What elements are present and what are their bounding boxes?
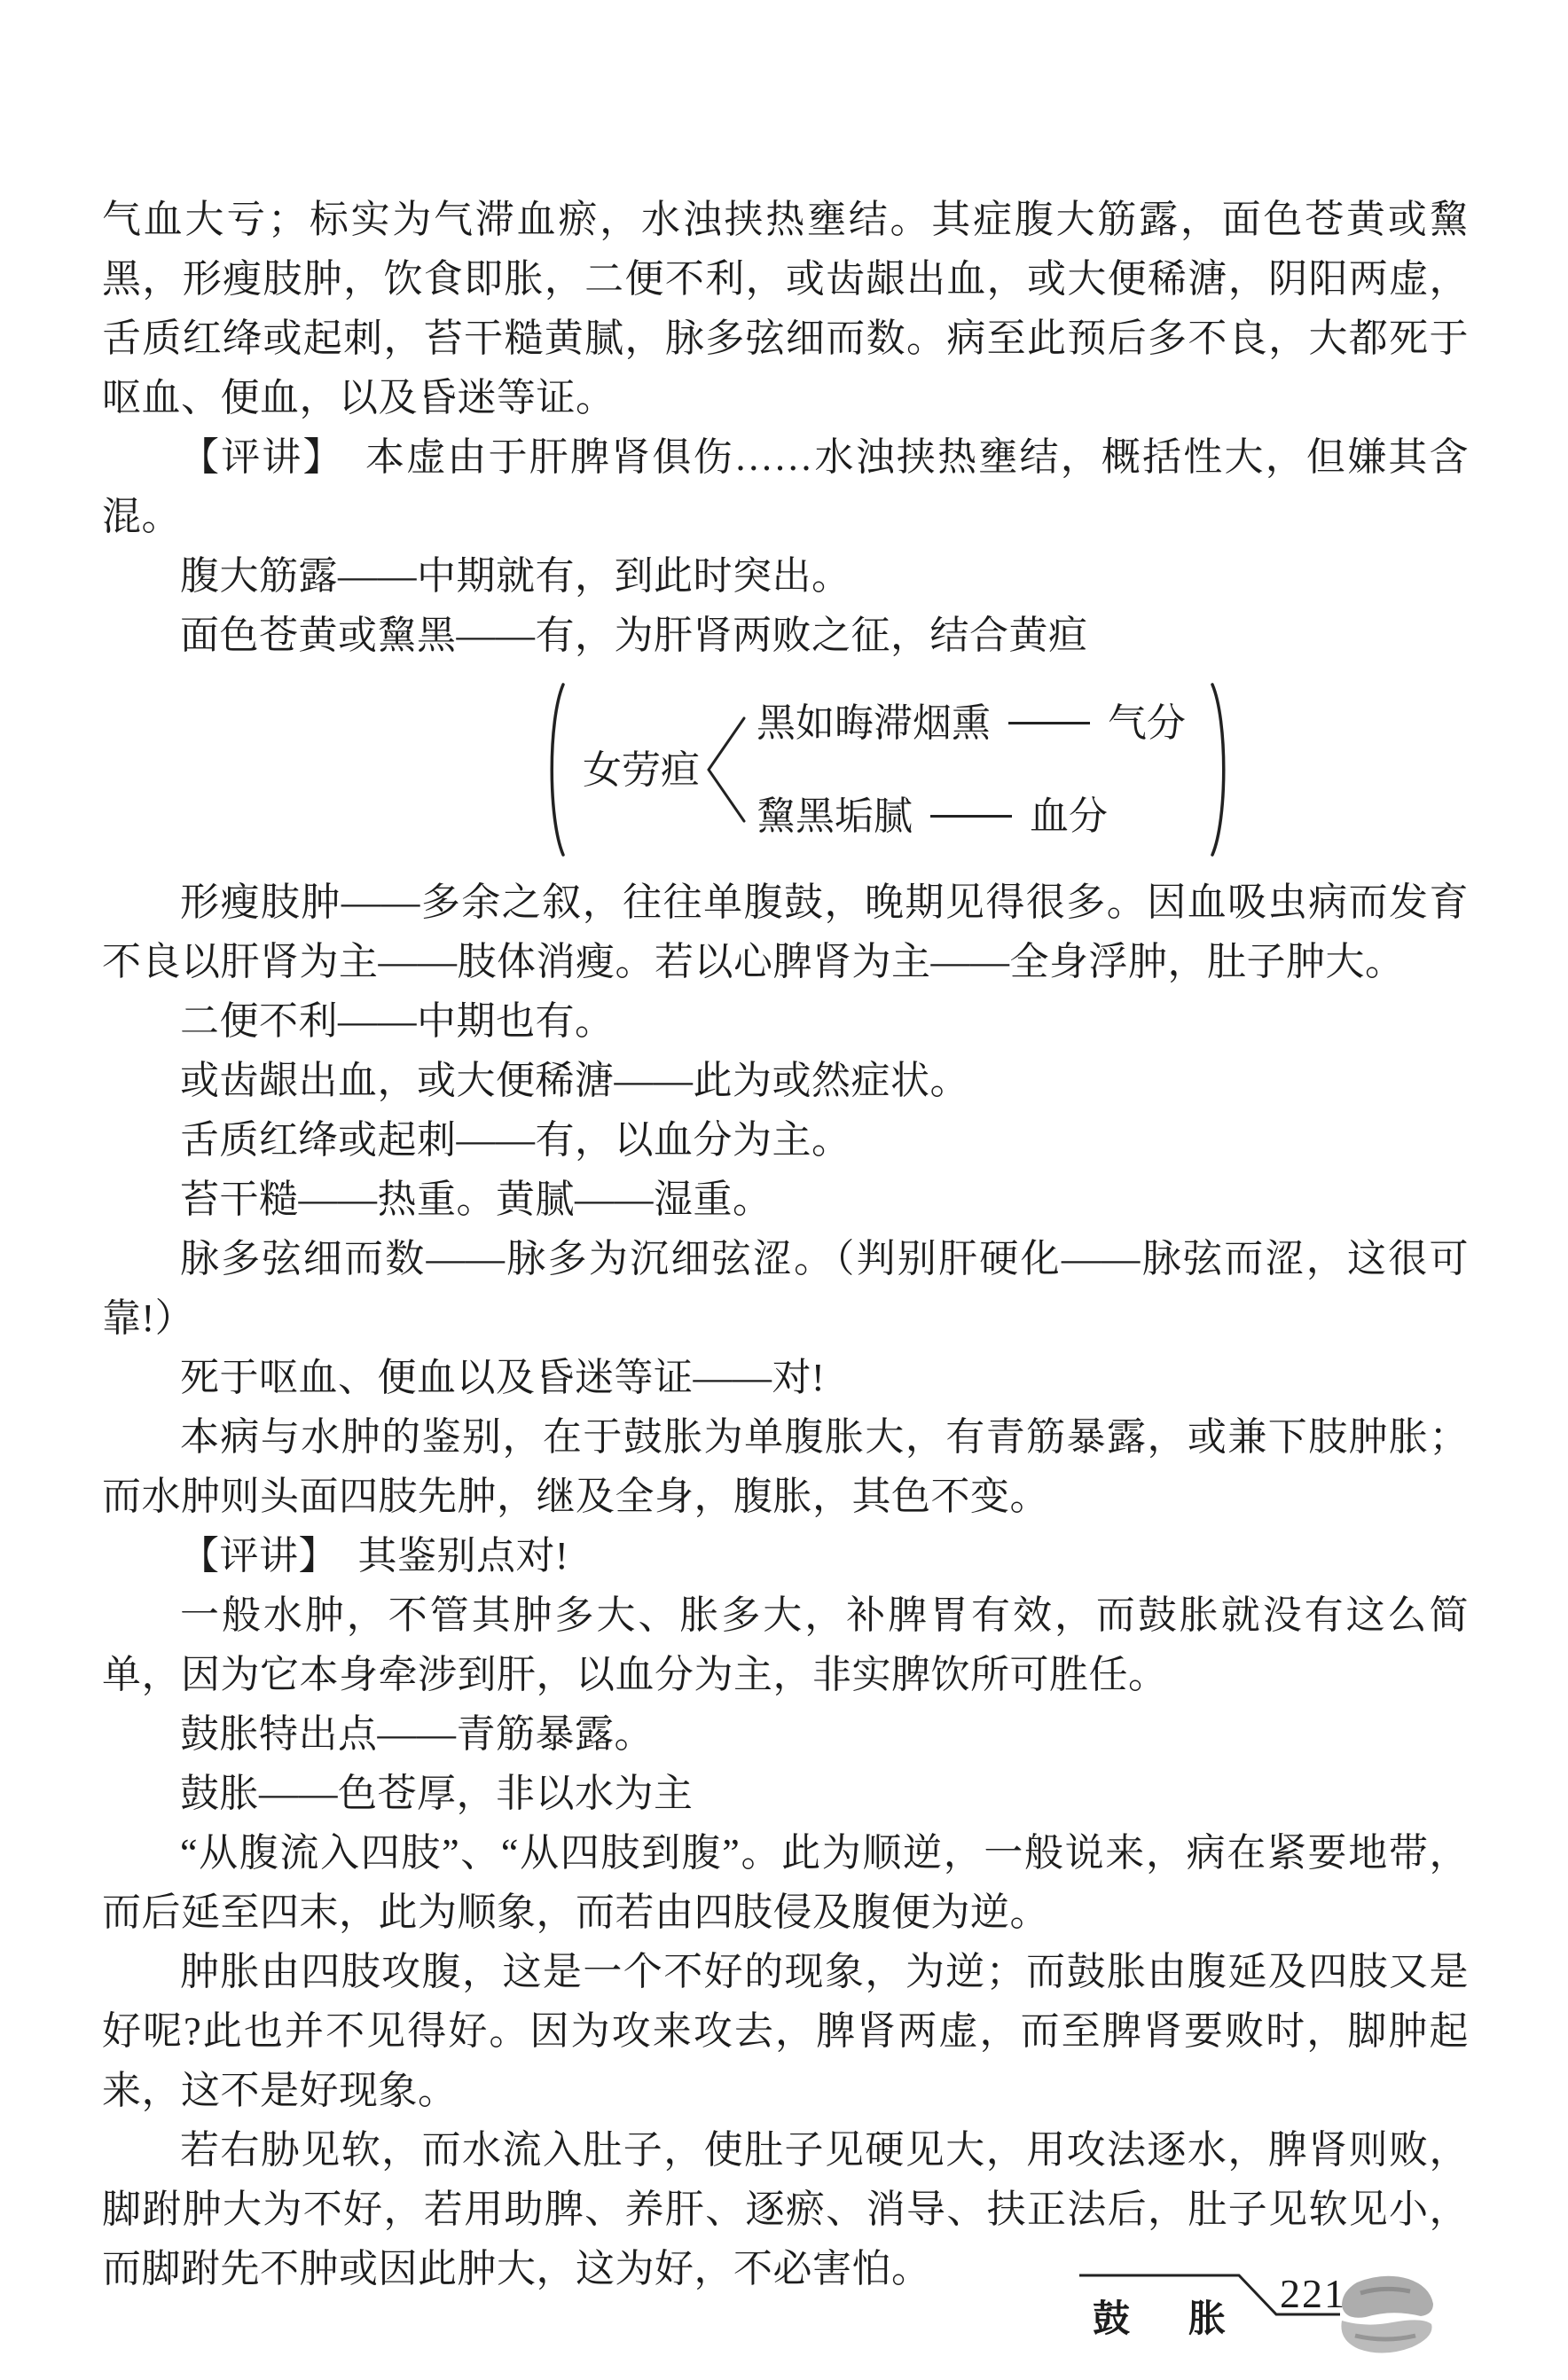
diagram-subject: 女劳疸 — [583, 740, 700, 800]
paragraph: 本病与水肿的鉴别，在于鼓胀为单腹胀大，有青筋暴露，或兼下肢肿胀；而水肿则头面四肢… — [102, 1407, 1469, 1526]
branch-label: 黑如晦滞烟熏 — [757, 693, 991, 753]
paragraph: 【评讲】 其鉴别点对! — [102, 1526, 1469, 1585]
paragraph: 气血大亏；标实为气滞血瘀，水浊挟热壅结。其症腹大筋露，面色苍黄或黧黑，形瘦肢肿，… — [102, 190, 1469, 427]
diagram-branch-row: 黑如晦滞烟熏 气分 — [757, 693, 1186, 753]
dash-connector — [930, 815, 1012, 818]
paragraph: 苔干糙——热重。黄腻——湿重。 — [102, 1170, 1469, 1229]
section-title: 鼓胀 — [1093, 2290, 1284, 2343]
branch-target: 血分 — [1030, 787, 1108, 846]
branch-label: 黧黑垢腻 — [757, 787, 913, 846]
paragraph: 死于呕血、便血以及昏迷等证——对! — [102, 1348, 1469, 1407]
page-body: 气血大亏；标实为气滞血瘀，水浊挟热壅结。其症腹大筋露，面色苍黄或黧黑，形瘦肢肿，… — [102, 190, 1469, 2298]
paragraph: 或齿龈出血，或大便稀溏——此为或然症状。 — [102, 1051, 1469, 1110]
paragraph: “从腹流入四肢”、“从四肢到腹”。此为顺逆，一般说来，病在紧要地带，而后延至四末… — [102, 1823, 1469, 1942]
paragraph: 腹大筋露——中期就有，到此时突出。 — [102, 546, 1469, 606]
ink-stamp-icon — [1330, 2270, 1440, 2359]
branch-target: 气分 — [1108, 693, 1186, 753]
paragraph: 一般水肿，不管其肿多大、胀多大，补脾胃有效，而鼓胀就没有这么简单，因为它本身牵涉… — [102, 1585, 1469, 1704]
branch-fork-icon — [705, 711, 748, 828]
paragraph: 二便不利——中期也有。 — [102, 991, 1469, 1051]
paragraph: 形瘦肢肿——多余之叙，往往单腹鼓，晚期见得很多。因血吸虫病而发育不良以肝肾为主—… — [102, 873, 1469, 991]
page-footer: 鼓胀 221 — [1064, 2263, 1454, 2369]
left-bracket-icon — [544, 679, 567, 860]
paragraph: 鼓胀特出点——青筋暴露。 — [102, 1704, 1469, 1764]
paragraphs-bottom: 形瘦肢肿——多余之叙，往往单腹鼓，晚期见得很多。因血吸虫病而发育不良以肝肾为主—… — [102, 873, 1469, 2298]
diagram-branches: 黑如晦滞烟熏 气分 黧黑垢腻 血分 — [757, 693, 1186, 846]
diagram-branch-row: 黧黑垢腻 血分 — [757, 787, 1186, 846]
paragraph: 面色苍黄或黧黑——有，为肝肾两败之征，结合黄疸 — [102, 606, 1469, 665]
paragraph: 【评讲】 本虚由于肝脾肾俱伤……水浊挟热壅结，概括性大，但嫌其含混。 — [102, 427, 1469, 546]
paragraph: 脉多弦细而数——脉多为沉细弦涩。（判别肝硬化——脉弦而涩，这很可靠!） — [102, 1229, 1469, 1348]
dash-connector — [1008, 722, 1090, 724]
book-page: 气血大亏；标实为气滞血瘀，水浊挟热壅结。其症腹大筋露，面色苍黄或黧黑，形瘦肢肿，… — [0, 0, 1568, 2380]
nvlaodan-branch-diagram: 女劳疸 黑如晦滞烟熏 气分 黧黑垢腻 血分 — [544, 679, 1469, 860]
right-bracket-icon — [1209, 679, 1232, 860]
paragraph: 肿胀由四肢攻腹，这是一个不好的现象，为逆；而鼓胀由腹延及四肢又是好呢?此也并不见… — [102, 1942, 1469, 2120]
paragraph: 鼓胀——色苍厚，非以水为主 — [102, 1764, 1469, 1823]
paragraph: 舌质红绛或起刺——有，以血分为主。 — [102, 1110, 1469, 1170]
paragraphs-top: 气血大亏；标实为气滞血瘀，水浊挟热壅结。其症腹大筋露，面色苍黄或黧黑，形瘦肢肿，… — [102, 190, 1469, 665]
